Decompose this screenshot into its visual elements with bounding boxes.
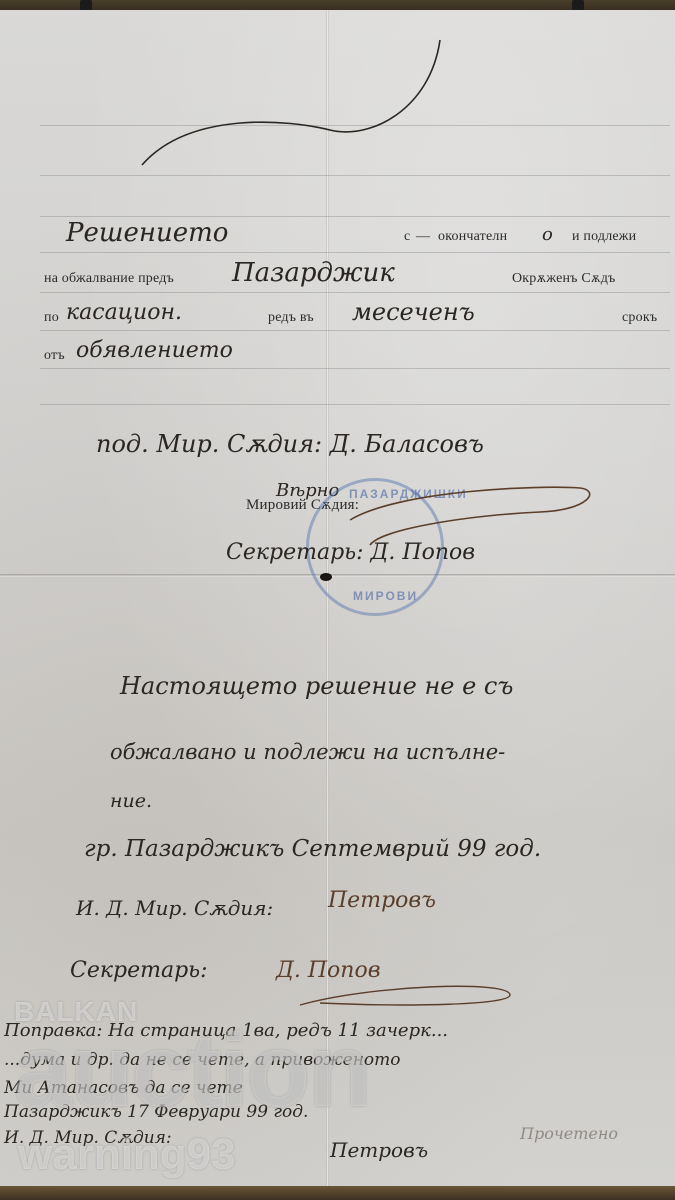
handwritten-court-town: Пазарджик (232, 258, 395, 288)
ruled-line (40, 404, 670, 405)
watermark-line3: warning93 (18, 1130, 236, 1180)
ruled-line (40, 252, 670, 253)
handwritten-secretary-label: Секретарь: (70, 958, 208, 983)
printed-appeal-before: на обжалвание предъ (44, 271, 174, 287)
stamp-bottom-text: МИРОВИ (353, 589, 418, 603)
handwritten-signed-by: под. Мир. Сѫдия: Д. Баласовъ (96, 430, 484, 458)
handwritten-note-line3: ние. (110, 790, 152, 812)
handwritten-note-line1: Настоящето решение не е съ (120, 672, 513, 700)
handwritten-final-mark: о (542, 224, 553, 245)
printed-final: окончателн (438, 229, 507, 245)
secretary-flourish-icon (290, 975, 530, 1015)
printed-from: отъ (44, 348, 65, 364)
handwritten-decision-word: Решението (66, 218, 228, 248)
frame-bottom-edge (0, 1186, 675, 1200)
handwritten-announcement: обявлението (76, 338, 233, 363)
handwritten-term: месеченъ (352, 298, 475, 326)
printed-appealable: и подлежи (572, 229, 636, 245)
top-flourish-icon (130, 30, 450, 180)
ruled-line (40, 216, 670, 217)
handwritten-appeal-type: касацион. (66, 300, 182, 325)
printed-district-court: Окрѫженъ Сѫдъ (512, 271, 616, 287)
ruled-line (40, 292, 670, 293)
watermark-line2: auction (14, 1012, 370, 1131)
printed-by: по (44, 310, 59, 326)
printed-c: с (404, 229, 410, 245)
ruled-line (40, 368, 670, 369)
ink-blot (320, 573, 332, 581)
printed-dash: — (416, 229, 430, 245)
handwritten-place-date: гр. Пазарджикъ Септемврий 99 год. (84, 836, 541, 862)
handwritten-secretary-line: Секретарь: Д. Попов (226, 540, 475, 565)
ruled-line (40, 330, 670, 331)
printed-term-label: срокъ (622, 310, 657, 326)
handwritten-faint-right: Прочетено (520, 1124, 618, 1143)
handwritten-note-line2: обжалвано и подлежи на испълне- (110, 740, 505, 764)
printed-order-in: редъ въ (268, 310, 314, 326)
handwritten-acting-judge: И. Д. Мир. Сѫдия: (76, 896, 273, 920)
handwritten-acting-judge-signature: Петровъ (328, 888, 436, 913)
judge-signature-flourish-icon (340, 470, 640, 550)
handwritten-footnote-signature: Петровъ (330, 1138, 428, 1162)
